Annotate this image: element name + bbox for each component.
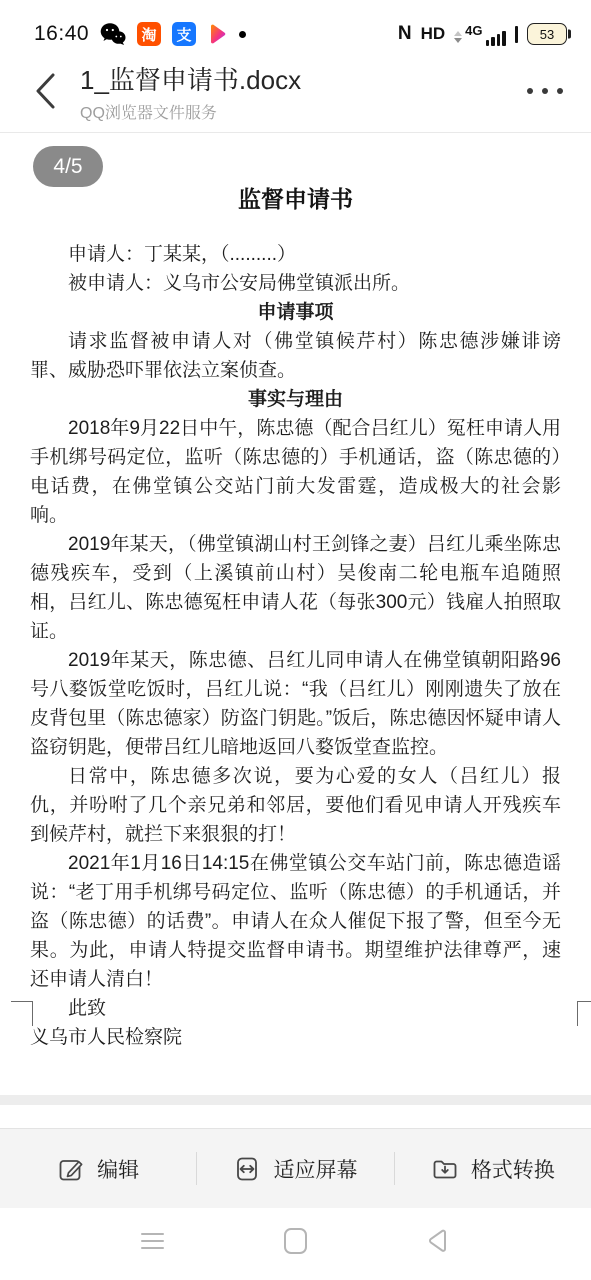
document-paragraph: 2019年某天，（佛堂镇湖山村王剑锋之妻）吕红儿乘坐陈忠德残疾车，受到（上溪镇前… [30, 530, 561, 646]
document-paragraph: 日常中，陈忠德多次说，要为心爱的女人（吕红儿）报仇，并吩咐了几个亲兄弟和邻居，要… [30, 762, 561, 849]
document-paragraph: 此致 [30, 994, 561, 1023]
ellipsis-dot [542, 88, 548, 94]
document-page-5 [0, 1105, 591, 1128]
status-time: 16:40 [34, 22, 89, 46]
page-indicator-badge: 4/5 [33, 146, 103, 187]
signal-indicator: 4G [454, 23, 505, 46]
bottom-toolbar: 编辑 适应屏幕 格式转换 [0, 1128, 591, 1208]
document-paragraph: 2021年1月16日14:15在佛堂镇公交车站门前，陈忠德造谣说：“老丁用手机绑… [30, 849, 561, 994]
notification-dot-icon [239, 31, 246, 38]
page-gap [0, 1095, 591, 1105]
fit-screen-icon [233, 1155, 261, 1183]
document-page-4: 4/5 监督申请书 申请人：丁某某，（.........）被申请人：义乌市公安局… [0, 133, 591, 1095]
sim2-signal-icon [515, 26, 519, 43]
format-convert-icon [431, 1155, 459, 1183]
ellipsis-dot [557, 88, 563, 94]
battery-icon: 53 [527, 23, 567, 45]
document-paragraph: 2018年9月22日中午，陈忠德（配合吕红儿）冤枉申请人用手机绑号码定位，监听（… [30, 414, 561, 530]
file-title: 1_监督申请书.docx [80, 60, 523, 97]
taobao-icon: 淘 [137, 22, 161, 46]
document-paragraph: 申请人：丁某某，（.........） [30, 240, 561, 269]
wechat-icon [100, 22, 126, 46]
edit-button[interactable]: 编辑 [0, 1129, 196, 1208]
battery-percent: 53 [540, 27, 554, 42]
document-paragraph: 义乌市人民检察院 [30, 1023, 561, 1052]
back-button[interactable] [34, 71, 60, 111]
format-convert-label: 格式转换 [471, 1154, 555, 1184]
section-heading: 事实与理由 [30, 385, 561, 414]
home-icon[interactable] [284, 1228, 307, 1254]
file-source-label: QQ浏览器文件服务 [80, 100, 523, 123]
chevron-left-icon [34, 72, 56, 110]
section-heading: 申请事项 [30, 298, 561, 327]
hd-icon: HD [421, 24, 446, 44]
status-bar-left: 16:40 淘 支 [34, 22, 246, 46]
page-margin-mark-left [11, 1001, 33, 1026]
back-icon[interactable] [426, 1228, 450, 1254]
fit-screen-button[interactable]: 适应屏幕 [197, 1129, 393, 1208]
status-bar: 16:40 淘 支 [0, 0, 591, 56]
android-nav-bar [0, 1208, 591, 1280]
document-paragraph: 2019年某天，陈忠德、吕红儿同申请人在佛堂镇朝阳路96号八婺饭堂吃饭时，吕红儿… [30, 646, 561, 762]
ellipsis-dot [527, 88, 533, 94]
fit-screen-label: 适应屏幕 [273, 1154, 357, 1184]
video-play-icon [207, 23, 228, 45]
nfc-icon: N [398, 23, 412, 45]
document-paragraph: 被申请人：义乌市公安局佛堂镇派出所。 [30, 269, 561, 298]
edit-label: 编辑 [97, 1154, 139, 1184]
phone-screen: 16:40 淘 支 [0, 0, 591, 1280]
signal-bars-icon [486, 31, 506, 46]
document-header: 1_监督申请书.docx QQ浏览器文件服务 [0, 56, 591, 133]
page-margin-mark-right [577, 1001, 591, 1026]
document-viewer[interactable]: 4/5 监督申请书 申请人：丁某某，（.........）被申请人：义乌市公安局… [0, 133, 591, 1128]
status-bar-right: N HD 4G 53 [398, 23, 567, 46]
document-paragraphs: 申请人：丁某某，（.........）被申请人：义乌市公安局佛堂镇派出所。申请事… [0, 240, 591, 1052]
format-convert-button[interactable]: 格式转换 [395, 1129, 591, 1208]
header-titles: 1_监督申请书.docx QQ浏览器文件服务 [80, 60, 523, 123]
menu-icon[interactable] [141, 1233, 164, 1249]
alipay-icon: 支 [172, 22, 196, 46]
document-paragraph: 请求监督被申请人对（佛堂镇候芹村）陈忠德涉嫌诽谤罪、威胁恐吓罪依法立案侦查。 [30, 327, 561, 385]
network-type-label: 4G [465, 23, 482, 38]
more-menu-button[interactable] [523, 78, 567, 104]
data-arrows-icon [454, 31, 462, 43]
edit-icon [57, 1155, 85, 1183]
